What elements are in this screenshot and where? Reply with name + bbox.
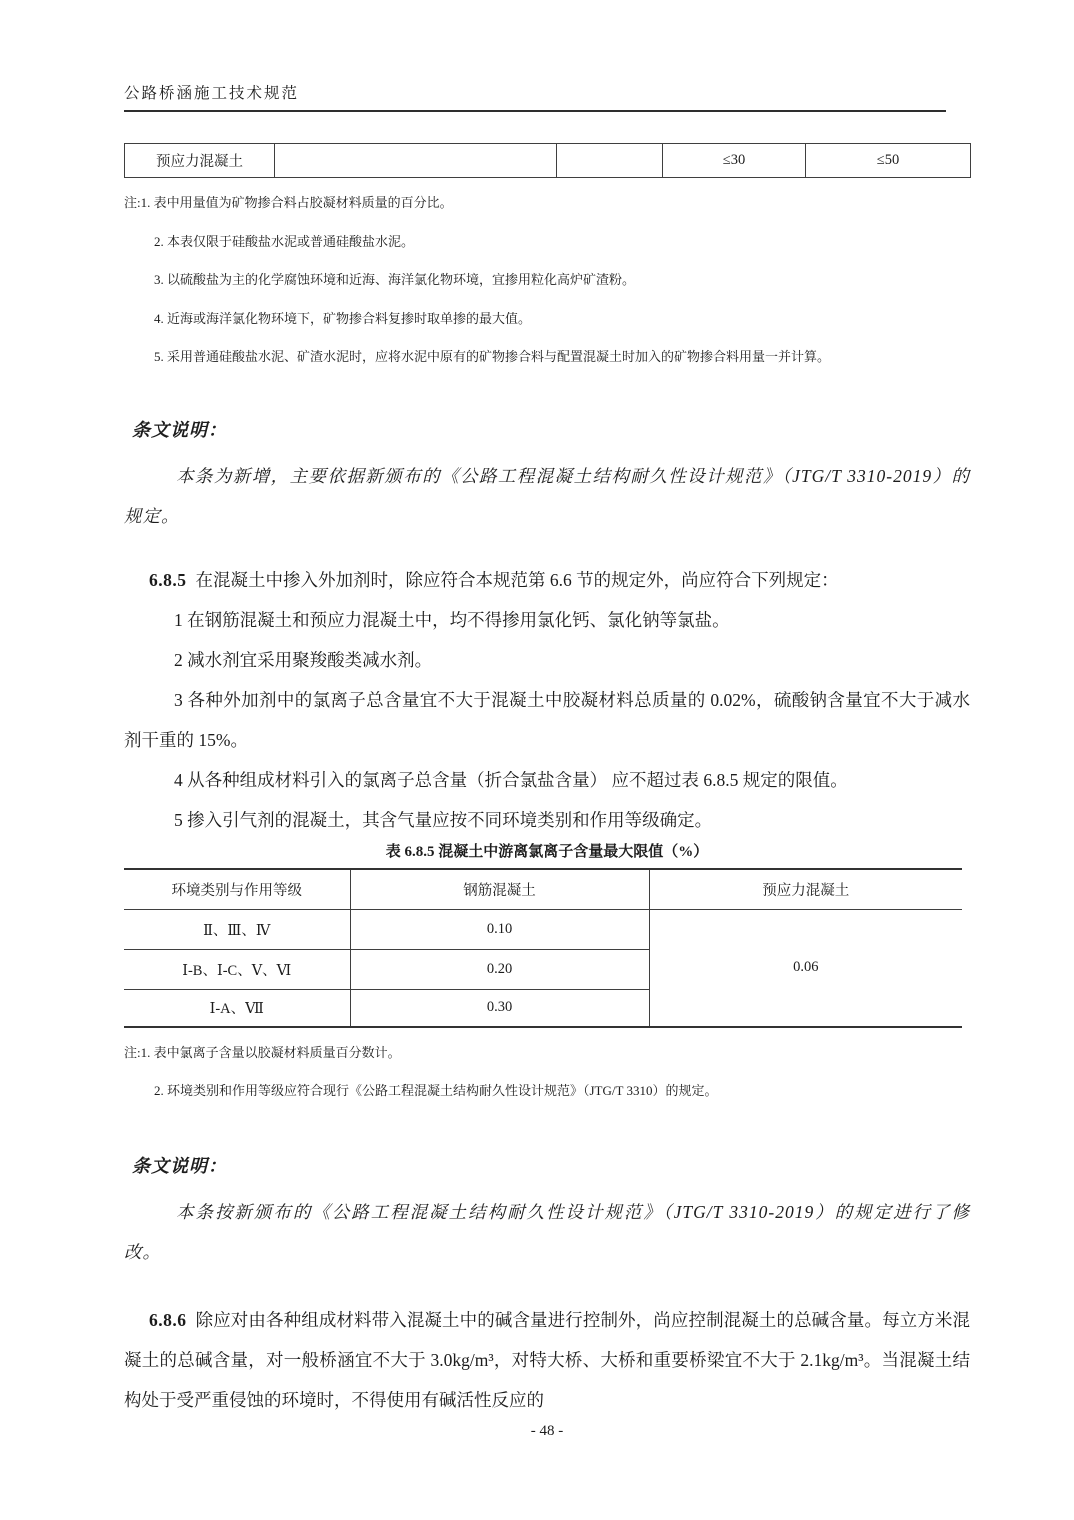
section-6-8-5: 6.8.5在混凝土中掺入外加剂时，除应符合本规范第 6.6 节的规定外，尚应符合… [124,560,970,840]
section-6-8-6: 6.8.6除应对由各种组成材料带入混凝土中的碱含量进行控制外，尚应控制混凝土的总… [124,1300,970,1420]
chloride-table-notes-block: 注:1. 表中氯离子含量以胶凝材料质量百分数计。 2. 环境类别和作用等级应符合… [124,1034,970,1111]
explanation-paragraph: 本条为新增，主要依据新颁布的《公路工程混凝土结构耐久性设计规范》（JTG/T 3… [124,456,970,536]
header-prestressed-concrete: 预应力混凝土 [649,869,962,910]
section-item: 1 在钢筋混凝土和预应力混凝土中，均不得掺用氯化钙、氯化钠等氯盐。 [124,600,970,640]
chloride-limit-table: 环境类别与作用等级 钢筋混凝土 预应力混凝土 Ⅱ、Ⅲ、Ⅳ 0.10 0.06 Ⅰ… [124,868,962,1028]
cell-prestressed-merged-value: 0.06 [649,910,962,1027]
section-item: 3 各种外加剂中的氯离子总含量宜不大于混凝土中胶凝材料总质量的 0.02%，硫酸… [124,680,970,760]
cell-prestressed-concrete: 预应力混凝土 [125,144,275,178]
section-body-text: 除应对由各种组成材料带入混凝土中的碱含量进行控制外，尚应控制混凝土的总碱含量。每… [124,1310,970,1410]
table-note-line: 2. 本表仅限于硅酸盐水泥或普通硅酸盐水泥。 [124,223,970,262]
page-content: 公路桥涵施工技术规范 预应力混凝土 ≤30 ≤50 注:1. 表中用量值为矿物掺… [124,0,970,1442]
section-number: 6.8.5 [149,570,187,590]
table-6-8-5-title: 表 6.8.5 混凝土中游离氯离子含量最大限值（%） [124,842,970,862]
section-intro: 6.8.6除应对由各种组成材料带入混凝土中的碱含量进行控制外，尚应控制混凝土的总… [124,1300,970,1420]
running-header-title: 公路桥涵施工技术规范 [124,0,970,103]
cell-empty [557,144,663,178]
cell-empty [275,144,557,178]
clause-explanation-block: 条文说明： 本条按新颁布的《公路工程混凝土结构耐久性设计规范》（JTG/T 33… [124,1153,970,1272]
explanation-paragraph: 本条按新颁布的《公路工程混凝土结构耐久性设计规范》（JTG/T 3310-201… [124,1192,970,1272]
table-note-line: 3. 以硫酸盐为主的化学腐蚀环境和近海、海洋氯化物环境，宜掺用粒化高炉矿渣粉。 [124,261,970,300]
header-environment-category: 环境类别与作用等级 [124,869,350,910]
cell-reinforced-value: 0.20 [350,950,649,990]
table-note-line: 4. 近海或海洋氯化物环境下，矿物掺合料复掺时取单掺的最大值。 [124,300,970,339]
page-number: - 48 - [124,1420,970,1442]
table-note-line: 注:1. 表中用量值为矿物掺合料占胶凝材料质量的百分比。 [124,184,970,223]
table-row: 预应力混凝土 ≤30 ≤50 [125,144,971,178]
table-notes-block: 注:1. 表中用量值为矿物掺合料占胶凝材料质量的百分比。 2. 本表仅限于硅酸盐… [124,184,970,377]
cell-env-class: Ⅱ、Ⅲ、Ⅳ [124,910,350,950]
section-intro: 6.8.5在混凝土中掺入外加剂时，除应符合本规范第 6.6 节的规定外，尚应符合… [124,560,970,600]
cell-limit-50: ≤50 [806,144,971,178]
table-note-line: 2. 环境类别和作用等级应符合现行《公路工程混凝土结构耐久性设计规范》（JTG/… [124,1072,970,1111]
mineral-admixture-table-fragment: 预应力混凝土 ≤30 ≤50 [124,143,971,178]
header-divider [124,110,946,112]
cell-reinforced-value: 0.30 [350,990,649,1027]
cell-limit-30: ≤30 [663,144,806,178]
explanation-heading: 条文说明： [124,1153,970,1179]
table-row: Ⅱ、Ⅲ、Ⅳ 0.10 0.06 [124,910,962,950]
section-item: 5 掺入引气剂的混凝土，其含气量应按不同环境类别和作用等级确定。 [124,800,970,840]
section-item: 2 减水剂宜采用聚羧酸类减水剂。 [124,640,970,680]
section-item: 4 从各种组成材料引入的氯离子总含量（折合氯盐含量） 应不超过表 6.8.5 规… [124,760,970,800]
cell-reinforced-value: 0.10 [350,910,649,950]
cell-env-class: Ⅰ-A、Ⅶ [124,990,350,1027]
clause-explanation-block: 条文说明： 本条为新增，主要依据新颁布的《公路工程混凝土结构耐久性设计规范》（J… [124,417,970,536]
section-number: 6.8.6 [149,1310,187,1330]
explanation-heading: 条文说明： [124,417,970,443]
table-header-row: 环境类别与作用等级 钢筋混凝土 预应力混凝土 [124,869,962,910]
table-note-line: 注:1. 表中氯离子含量以胶凝材料质量百分数计。 [124,1034,970,1073]
table-note-line: 5. 采用普通硅酸盐水泥、矿渣水泥时，应将水泥中原有的矿物掺合料与配置混凝土时加… [124,338,970,377]
header-reinforced-concrete: 钢筋混凝土 [350,869,649,910]
section-intro-text: 在混凝土中掺入外加剂时，除应符合本规范第 6.6 节的规定外，尚应符合下列规定： [196,570,839,590]
cell-env-class: Ⅰ-B、Ⅰ-C、Ⅴ、Ⅵ [124,950,350,990]
